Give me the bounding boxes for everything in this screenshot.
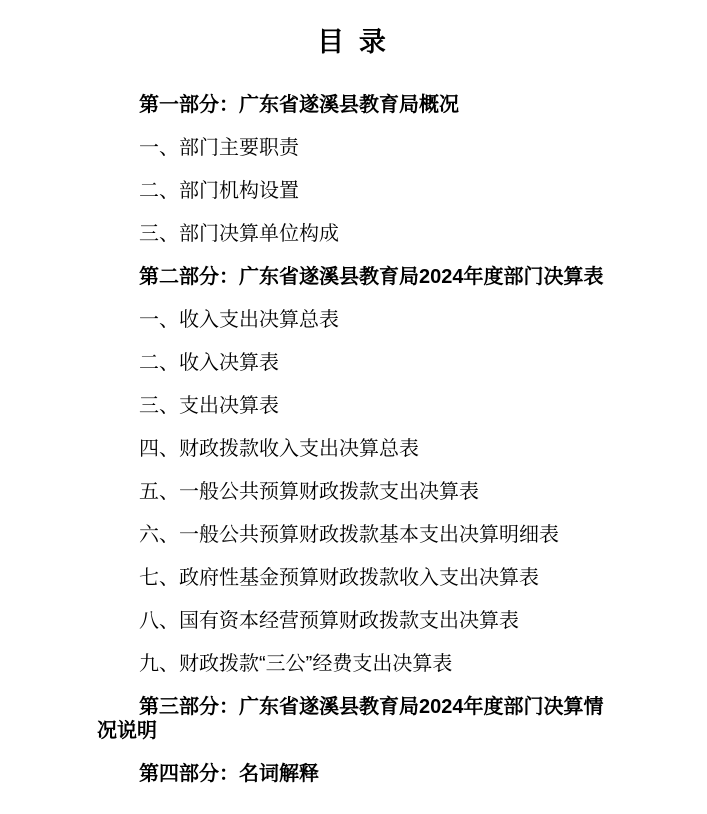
toc-item: 五、一般公共预算财政拨款支出决算表 <box>97 480 622 504</box>
toc-section-heading-part2: 第二部分：广东省遂溪县教育局2024年度部门决算表 <box>97 265 622 289</box>
toc-item: 一、收入支出决算总表 <box>97 308 622 332</box>
toc-section-heading-part4: 第四部分：名词解释 <box>97 762 622 786</box>
toc-page: 目 录 第一部分：广东省遂溪县教育局概况 一、部门主要职责 二、部门机构设置 三… <box>0 0 707 814</box>
toc-item: 二、部门机构设置 <box>97 179 622 203</box>
toc-item: 三、支出决算表 <box>97 394 622 418</box>
toc-section-heading-part1: 第一部分：广东省遂溪县教育局概况 <box>97 93 622 117</box>
toc-content: 第一部分：广东省遂溪县教育局概况 一、部门主要职责 二、部门机构设置 三、部门决… <box>0 93 707 786</box>
toc-item: 八、国有资本经营预算财政拨款支出决算表 <box>97 609 622 633</box>
toc-item: 七、政府性基金预算财政拨款收入支出决算表 <box>97 566 622 590</box>
toc-section-heading-part3: 第三部分：广东省遂溪县教育局2024年度部门决算情况说明 <box>97 695 622 743</box>
toc-item: 三、部门决算单位构成 <box>97 222 622 246</box>
toc-item: 一、部门主要职责 <box>97 136 622 160</box>
toc-item: 四、财政拨款收入支出决算总表 <box>97 437 622 461</box>
toc-item: 六、一般公共预算财政拨款基本支出决算明细表 <box>97 523 622 547</box>
toc-item: 二、收入决算表 <box>97 351 622 375</box>
toc-item: 九、财政拨款“三公”经费支出决算表 <box>97 652 622 676</box>
page-title: 目 录 <box>0 0 707 56</box>
